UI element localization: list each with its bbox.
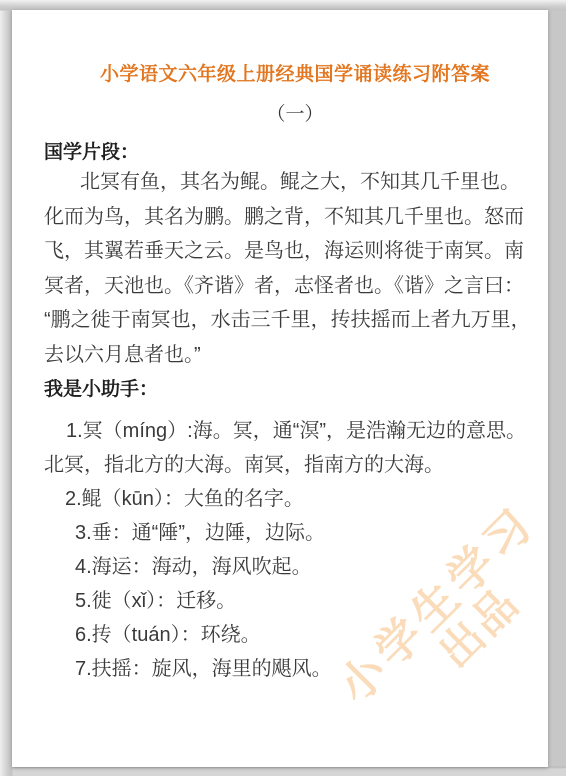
helper-line: 4.海运：海动，海风吹起。 (44, 550, 546, 584)
section-number: （一） (44, 103, 546, 127)
helper-line: 1.冥（míng）:海。冥，通“溟”，是浩瀚无边的意思。 (44, 414, 546, 448)
helper-line: 2.鲲（kūn）：大鱼的名字。 (44, 482, 546, 516)
passage-heading: 国学片段： (44, 141, 546, 165)
helper-line: 7.扶摇：旋风，海里的飓风。 (44, 652, 546, 686)
document-page: 小学生学习 出品 小学语文六年级上册经典国学诵读练习附答案 （一） 国学片段： … (12, 10, 548, 767)
doc-title: 小学语文六年级上册经典国学诵读练习附答案 (44, 10, 546, 88)
helper-notes: 1.冥（míng）:海。冥，通“溟”，是浩瀚无边的意思。 北冥，指北方的大海。南… (44, 414, 546, 686)
passage: 北冥有鱼，其名为鲲。鲲之大，不知其几千里也。 化而为鸟，其名为鹏。鹏之背，不知其… (44, 165, 546, 372)
helper-line: 6.抟（tuán）：环绕。 (44, 618, 546, 652)
helper-line: 3.垂：通“陲”，边陲，边际。 (44, 516, 546, 550)
helper-line: 5.徙（xǐ）：迁移。 (44, 584, 546, 618)
helper-line: 北冥，指北方的大海。南冥，指南方的大海。 (44, 448, 546, 482)
document-content: 小学语文六年级上册经典国学诵读练习附答案 （一） 国学片段： 北冥有鱼，其名为鲲… (12, 10, 548, 767)
passage-line: 去以六月息者也。” (44, 338, 546, 373)
helper-heading: 我是小助手： (44, 375, 546, 405)
passage-line: 北冥有鱼，其名为鲲。鲲之大，不知其几千里也。 (44, 165, 546, 200)
passage-line: 冥者，天池也。《齐谐》者，志怪者也。《谐》之言曰： (44, 269, 546, 304)
passage-line: “鹏之徙于南冥也，水击三千里，抟扶摇而上者九万里， (44, 303, 546, 338)
document-viewport: 小学生学习 出品 小学语文六年级上册经典国学诵读练习附答案 （一） 国学片段： … (0, 0, 566, 776)
passage-line: 飞，其翼若垂天之云。是鸟也，海运则将徙于南冥。南 (44, 234, 546, 269)
passage-line: 化而为鸟，其名为鹏。鹏之背，不知其几千里也。怒而 (44, 200, 546, 235)
